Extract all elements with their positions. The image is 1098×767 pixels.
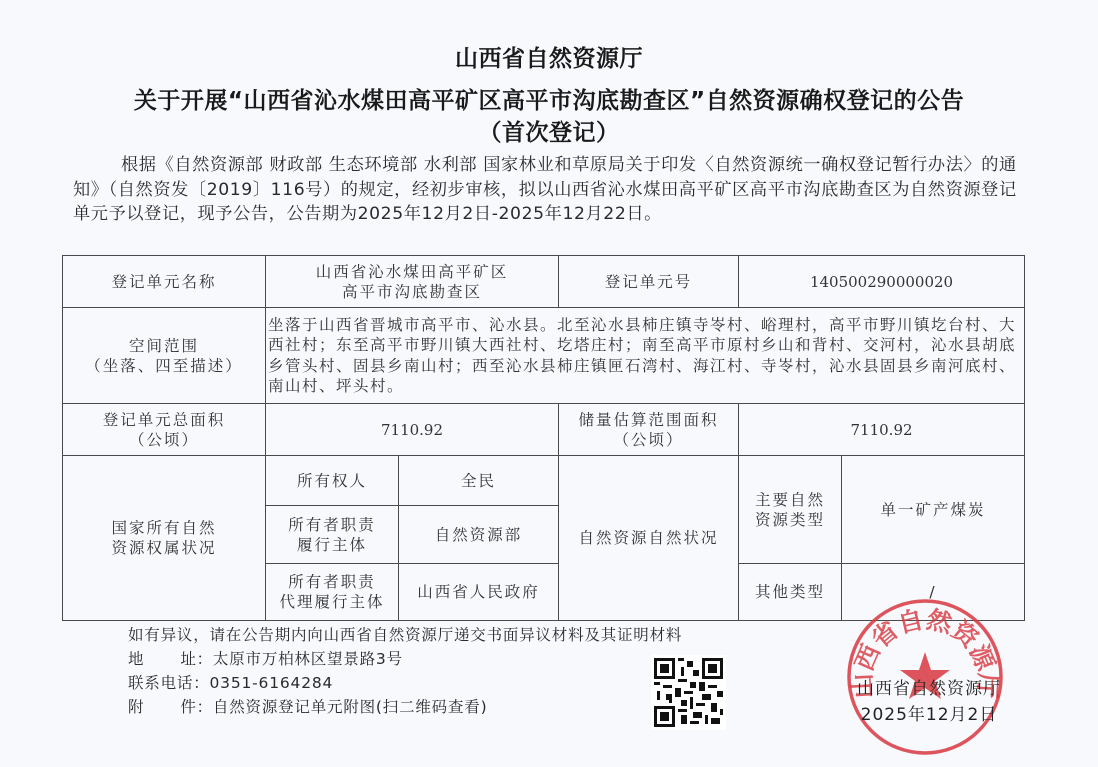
phone-line: 联系电话：0351-6164284 [128,671,682,695]
address-line: 地址：太原市万柏林区望景路3号 [128,647,682,671]
signature-org: 山西省自然资源厅 [844,676,1014,702]
owner-label: 所有权人 [266,456,399,506]
intro-text: 根据《自然资源部 财政部 生态环境部 水利部 国家林业和草原局关于印发〈自然资源… [73,155,1017,224]
page-subtitle: （首次登记） [0,114,1098,147]
other-type-label: 其他类型 [739,564,842,621]
footer-notes: 如有异议，请在公告期内向山西省自然资源厅递交书面异议材料及其证明材料 地址：太原… [128,623,682,719]
ownership-label: 国家所有自然 资源权属状况 [63,456,266,621]
table-row-unit-name: 登记单元名称 山西省沁水煤田高平矿区 高平市沟底勘查区 登记单元号 140500… [63,256,1025,308]
agent-value: 山西省人民政府 [399,564,559,621]
total-area-label: 登记单元总面积 （公顷） [63,404,266,456]
table-row-space: 空间范围 （坐落、四至描述） 坐落于山西省晋城市高平市、沁水县。北至沁水县柿庄镇… [63,308,1025,404]
reserve-area-label: 储量估算范围面积 （公顷） [559,404,739,456]
unit-name-label: 登记单元名称 [63,256,266,308]
duty-label: 所有者职责 履行主体 [266,506,399,564]
table-row-area: 登记单元总面积 （公顷） 7110.92 储量估算范围面积 （公顷） 7110.… [63,404,1025,456]
registration-table: 登记单元名称 山西省沁水煤田高平矿区 高平市沟底勘查区 登记单元号 140500… [62,255,1025,621]
main-type-label: 主要自然 资源类型 [739,456,842,564]
page-title: 关于开展“山西省沁水煤田高平矿区高平市沟底勘查区”自然资源确权登记的公告 [0,82,1098,115]
signature-date: 2025年12月2日 [844,702,1014,728]
attachment-line: 附件：自然资源登记单元附图(扫二维码查看) [128,695,682,719]
issuing-organization: 山西省自然资源厅 [0,40,1098,73]
phone-value: 0351-6164284 [210,674,334,692]
nature-label: 自然资源自然状况 [559,456,739,621]
address-value: 太原市万柏林区望景路3号 [213,650,403,668]
owner-value: 全民 [399,456,559,506]
space-value: 坐落于山西省晋城市高平市、沁水县。北至沁水县柿庄镇寺岺村、峪理村，高平市野川镇圪… [266,308,1025,404]
total-area-value: 7110.92 [266,404,559,456]
reserve-area-value: 7110.92 [739,404,1025,456]
signature-block: 山西省自然资源厅 2025年12月2日 [844,676,1014,728]
unit-name-value: 山西省沁水煤田高平矿区 高平市沟底勘查区 [266,256,559,308]
table-row-owner: 国家所有自然 资源权属状况 所有权人 全民 自然资源自然状况 主要自然 资源类型… [63,456,1025,506]
agent-label: 所有者职责 代理履行主体 [266,564,399,621]
unit-no-label: 登记单元号 [559,256,739,308]
main-type-value: 单一矿产煤炭 [842,456,1025,564]
qr-code-icon[interactable] [651,655,726,730]
duty-value: 自然资源部 [399,506,559,564]
space-label: 空间范围 （坐落、四至描述） [63,308,266,404]
objection-note: 如有异议，请在公告期内向山西省自然资源厅递交书面异议材料及其证明材料 [128,623,682,647]
intro-paragraph: 根据《自然资源部 财政部 生态环境部 水利部 国家林业和草原局关于印发〈自然资源… [73,153,1033,227]
unit-no-value: 140500290000020 [739,256,1025,308]
attachment-value: 自然资源登记单元附图(扫二维码查看) [213,698,488,716]
